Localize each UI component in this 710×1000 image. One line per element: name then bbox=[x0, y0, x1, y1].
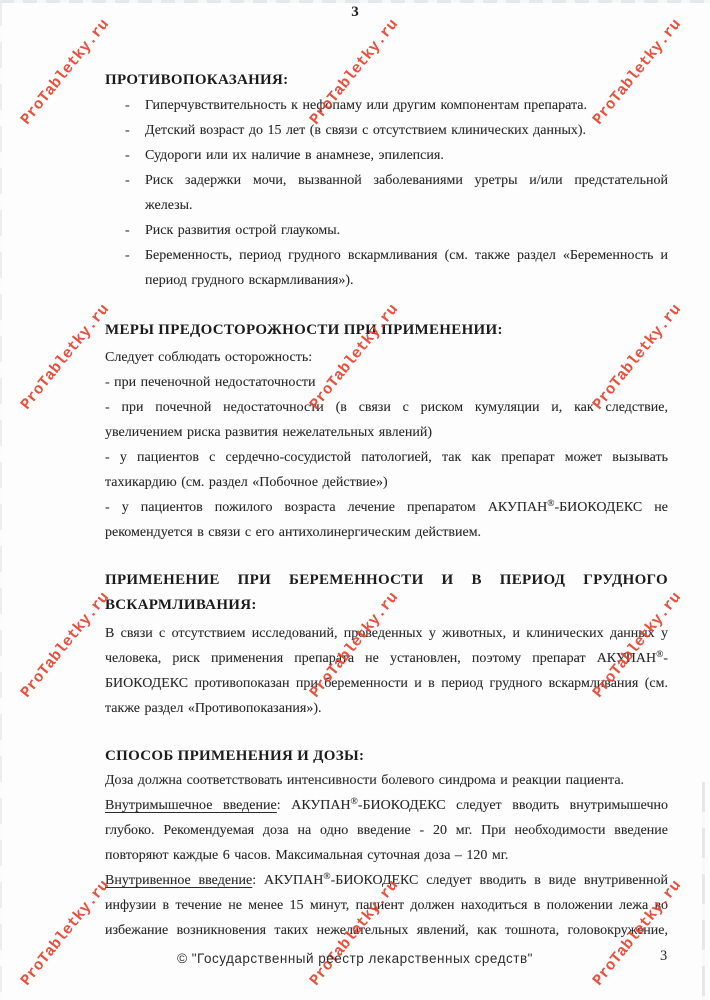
section-body: Доза должна соответствовать интенсивност… bbox=[105, 768, 668, 943]
section-heading-block: ПРИМЕНЕНИЕ ПРИ БЕРЕМЕННОСТИ И В ПЕРИОД Г… bbox=[105, 566, 668, 616]
text-segment: Риск задержки мочи, вызванной заболевани… bbox=[145, 173, 668, 188]
text-segment: Гиперчувствительность к нефопаму или дру… bbox=[145, 98, 587, 113]
text-line: - у пациентов пожилого возраста лечение … bbox=[105, 495, 668, 520]
text-segment: также раздел «Противопоказания»). bbox=[105, 701, 322, 716]
bullet-line: Беременность, период грудного вскармлива… bbox=[105, 243, 668, 268]
text-line: Внутривенное введение: АКУПАН®-БИОКОДЕКС… bbox=[105, 868, 668, 893]
scan-edge-right bbox=[702, 782, 705, 1000]
text-segment: Судороги или их наличие в анамнезе, эпил… bbox=[145, 148, 444, 163]
text-segment: Доза должна соответствовать интенсивност… bbox=[105, 773, 624, 788]
text-line: инфузии в течение не менее 15 минут, пац… bbox=[105, 893, 668, 918]
text-line: Доза должна соответствовать интенсивност… bbox=[105, 768, 668, 793]
bullet-dash: - bbox=[125, 168, 130, 193]
document-page: 3 ПРОТИВОПОКАЗАНИЯ:Гиперчувствительность… bbox=[0, 0, 710, 1000]
text-segment: человека, риск применения препарата не у… bbox=[105, 651, 656, 666]
bullet-line: железы. bbox=[105, 193, 668, 218]
section-heading-block: ПРОТИВОПОКАЗАНИЯ: bbox=[105, 68, 668, 93]
bullet-line: Гиперчувствительность к нефопаму или дру… bbox=[105, 93, 668, 118]
scan-edge-left bbox=[0, 0, 2, 1000]
bullet-dash: - bbox=[125, 93, 130, 118]
text-segment: рекомендуется в связи с его антихолинерг… bbox=[105, 525, 481, 540]
footer-copyright: © "Государственный реестр лекарственных … bbox=[0, 951, 710, 966]
text-segment: Следует соблюдать осторожность: bbox=[105, 350, 312, 365]
section-heading: МЕРЫ ПРЕДОСТОРОЖНОСТИ ПРИ ПРИМЕНЕНИИ: bbox=[105, 318, 668, 343]
heading-text: ПРОТИВОПОКАЗАНИЯ: bbox=[105, 72, 288, 88]
text-line: человека, риск применения препарата не у… bbox=[105, 646, 668, 671]
text-segment: инфузии в течение не менее 15 минут, пац… bbox=[105, 898, 668, 913]
text-segment: - bbox=[663, 651, 668, 666]
text-segment: -БИОКОДЕКС следует вводить внутримышечно bbox=[358, 798, 668, 813]
text-line: увеличением риска развития нежелательных… bbox=[105, 420, 668, 445]
bullet-dash: - bbox=[125, 143, 130, 168]
page-number-bottom: 3 bbox=[660, 948, 667, 965]
heading-text: СПОСОБ ПРИМЕНЕНИЯ И ДОЗЫ: bbox=[105, 748, 364, 764]
bullet-dash: - bbox=[125, 218, 130, 243]
text-segment: : АКУПАН bbox=[252, 873, 323, 888]
registered-trademark-sign: ® bbox=[547, 499, 554, 509]
text-segment: Беременность, период грудного вскармлива… bbox=[145, 248, 668, 263]
section-heading-block: СПОСОБ ПРИМЕНЕНИЯ И ДОЗЫ: bbox=[105, 744, 668, 769]
bullet-line: период грудного вскармливания»). bbox=[105, 268, 668, 293]
bullet-line: Судороги или их наличие в анамнезе, эпил… bbox=[105, 143, 668, 168]
text-segment: - у пациентов пожилого возраста лечение … bbox=[105, 500, 547, 515]
registered-trademark-sign: ® bbox=[323, 872, 330, 882]
text-segment: увеличением риска развития нежелательных… bbox=[105, 425, 432, 440]
text-segment: В связи с отсутствием исследований, пров… bbox=[105, 626, 668, 641]
text-segment: -БИОКОДЕКС не bbox=[554, 500, 668, 515]
text-line: тахикардию (см. раздел «Побочное действи… bbox=[105, 470, 668, 495]
text-segment: тахикардию (см. раздел «Побочное действи… bbox=[105, 475, 388, 490]
text-line: избежание возникновения таких нежелатель… bbox=[105, 918, 668, 943]
bullet-dash: - bbox=[125, 118, 130, 143]
text-segment: - у пациентов с сердечно-сосудистой пато… bbox=[105, 450, 668, 465]
text-line: БИОКОДЕКС противопоказан при беременност… bbox=[105, 671, 668, 696]
bullet-dash: - bbox=[125, 243, 130, 268]
registered-trademark-sign: ® bbox=[656, 650, 663, 660]
bullet-line: Риск развития острой глаукомы.- bbox=[105, 218, 668, 243]
text-segment: глубоко. Рекомендуемая доза на одно введ… bbox=[105, 823, 668, 838]
text-line: - при печеночной недостаточности bbox=[105, 370, 668, 395]
text-segment: железы. bbox=[145, 198, 193, 213]
watermark-text: ProTabletky.ru bbox=[17, 301, 113, 414]
text-line: рекомендуется в связи с его антихолинерг… bbox=[105, 520, 668, 545]
text-segment: БИОКОДЕКС противопоказан при беременност… bbox=[105, 676, 668, 691]
section-body: Следует соблюдать осторожность:- при печ… bbox=[105, 345, 668, 545]
heading-text: МЕРЫ ПРЕДОСТОРОЖНОСТИ ПРИ ПРИМЕНЕНИИ: bbox=[105, 322, 503, 338]
bullet-line: Детский возраст до 15 лет (в связи с отс… bbox=[105, 118, 668, 143]
watermark-text: ProTabletky.ru bbox=[17, 877, 113, 990]
heading-text: ВСКАРМЛИВАНИЯ: bbox=[105, 597, 257, 613]
text-line: повторяют каждые 6 часов. Максимальная с… bbox=[105, 843, 668, 868]
section-heading: ВСКАРМЛИВАНИЯ: bbox=[105, 591, 668, 616]
text-segment: повторяют каждые 6 часов. Максимальная с… bbox=[105, 848, 508, 863]
text-line: также раздел «Противопоказания»). bbox=[105, 696, 668, 721]
text-segment: - при почечной недостаточности (в связи … bbox=[105, 400, 668, 415]
text-segment: : АКУПАН bbox=[277, 798, 351, 813]
underlined-term: Внутримышечное введение bbox=[105, 798, 277, 813]
section-heading: ПРОТИВОПОКАЗАНИЯ: bbox=[105, 68, 668, 93]
text-segment: -БИОКОДЕКС следует вводить в виде внутри… bbox=[331, 873, 668, 888]
registered-trademark-sign: ® bbox=[351, 797, 358, 807]
section-heading: ПРИМЕНЕНИЕ ПРИ БЕРЕМЕННОСТИ И В ПЕРИОД Г… bbox=[105, 566, 668, 591]
text-segment: период грудного вскармливания»). bbox=[145, 273, 354, 288]
text-segment: Риск развития острой глаукомы. bbox=[145, 223, 340, 238]
bullet-line: Риск задержки мочи, вызванной заболевани… bbox=[105, 168, 668, 193]
heading-text: ПРИМЕНЕНИЕ ПРИ БЕРЕМЕННОСТИ И В ПЕРИОД Г… bbox=[105, 572, 668, 588]
document-body: ПРОТИВОПОКАЗАНИЯ:Гиперчувствительность к… bbox=[105, 0, 668, 1000]
section-body: Гиперчувствительность к нефопаму или дру… bbox=[105, 93, 668, 293]
section-heading-block: МЕРЫ ПРЕДОСТОРОЖНОСТИ ПРИ ПРИМЕНЕНИИ: bbox=[105, 318, 668, 343]
watermark-text: ProTabletky.ru bbox=[17, 16, 113, 129]
watermark-text: ProTabletky.ru bbox=[17, 589, 113, 702]
text-line: глубоко. Рекомендуемая доза на одно введ… bbox=[105, 818, 668, 843]
text-line: Следует соблюдать осторожность: bbox=[105, 345, 668, 370]
text-line: Внутримышечное введение: АКУПАН®-БИОКОДЕ… bbox=[105, 793, 668, 818]
text-line: - при почечной недостаточности (в связи … bbox=[105, 395, 668, 420]
section-heading: СПОСОБ ПРИМЕНЕНИЯ И ДОЗЫ: bbox=[105, 744, 668, 769]
text-segment: избежание возникновения таких нежелатель… bbox=[105, 923, 668, 938]
text-line: - у пациентов с сердечно-сосудистой пато… bbox=[105, 445, 668, 470]
text-segment: - при печеночной недостаточности bbox=[105, 375, 316, 390]
underlined-term: Внутривенное введение bbox=[105, 873, 252, 888]
text-line: В связи с отсутствием исследований, пров… bbox=[105, 621, 668, 646]
section-body: В связи с отсутствием исследований, пров… bbox=[105, 621, 668, 721]
text-segment: Детский возраст до 15 лет (в связи с отс… bbox=[145, 123, 586, 138]
